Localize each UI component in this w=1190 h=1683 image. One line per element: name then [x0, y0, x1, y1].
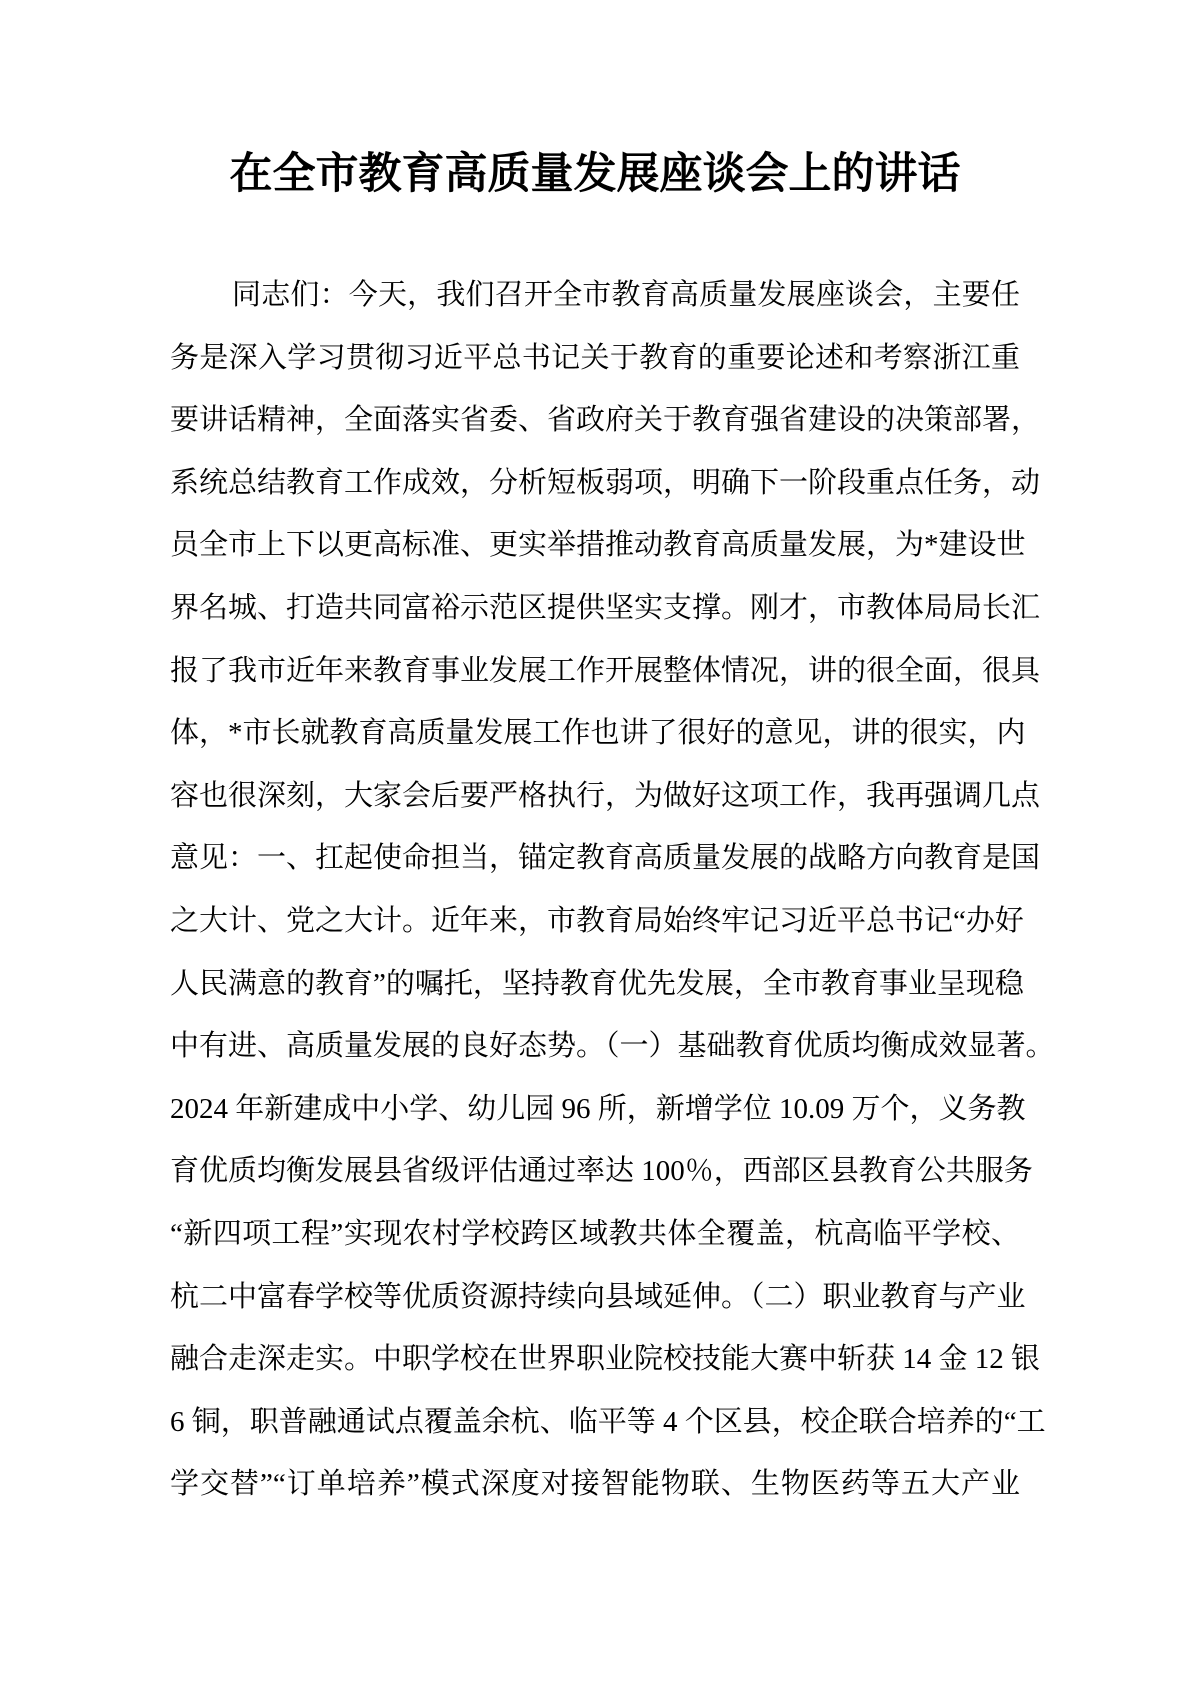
- body-line: 育优质均衡发展县省级评估通过率达 100％，西部区县教育公共服务: [170, 1140, 1020, 1203]
- body-line: 之大计、党之大计。近年来，市教育局始终牢记习近平总书记“办好: [170, 890, 1020, 953]
- document-page: 在全市教育高质量发展座谈会上的讲话 同志们：今天，我们召开全市教育高质量发展座谈…: [0, 0, 1190, 1683]
- body-line: 6 铜，职普融通试点覆盖余杭、临平等 4 个区县，校企联合培养的“工: [170, 1391, 1020, 1454]
- document-body: 同志们：今天，我们召开全市教育高质量发展座谈会，主要任务是深入学习贯彻习近平总书…: [170, 264, 1020, 1516]
- body-line: 系统总结教育工作成效，分析短板弱项，明确下一阶段重点任务，动: [170, 452, 1020, 515]
- body-line: 体，*市长就教育高质量发展工作也讲了很好的意见，讲的很实，内: [170, 702, 1020, 765]
- body-line: 中有进、高质量发展的良好态势。（一）基础教育优质均衡成效显著。: [170, 1015, 1020, 1078]
- body-line: 同志们：今天，我们召开全市教育高质量发展座谈会，主要任: [170, 264, 1020, 327]
- body-line: 杭二中富春学校等优质资源持续向县域延伸。（二）职业教育与产业: [170, 1266, 1020, 1329]
- body-line: 容也很深刻，大家会后要严格执行，为做好这项工作，我再强调几点: [170, 765, 1020, 828]
- body-line: 融合走深走实。中职学校在世界职业院校技能大赛中斩获 14 金 12 银: [170, 1328, 1020, 1391]
- body-line: 员全市上下以更高标准、更实举措推动教育高质量发展，为*建设世: [170, 514, 1020, 577]
- body-line: 人民满意的教育”的嘱托，坚持教育优先发展，全市教育事业呈现稳: [170, 953, 1020, 1016]
- body-line: 报了我市近年来教育事业发展工作开展整体情况，讲的很全面，很具: [170, 640, 1020, 703]
- document-title: 在全市教育高质量发展座谈会上的讲话: [0, 0, 1190, 202]
- body-line: 2024 年新建成中小学、幼儿园 96 所，新增学位 10.09 万个，义务教: [170, 1078, 1020, 1141]
- body-line: 学交替”“订单培养”模式深度对接智能物联、生物医药等五大产业: [170, 1453, 1020, 1516]
- body-line: 意见：一、扛起使命担当，锚定教育高质量发展的战略方向教育是国: [170, 827, 1020, 890]
- body-line: 务是深入学习贯彻习近平总书记关于教育的重要论述和考察浙江重: [170, 327, 1020, 390]
- body-line: 要讲话精神，全面落实省委、省政府关于教育强省建设的决策部署，: [170, 389, 1020, 452]
- body-line: 界名城、打造共同富裕示范区提供坚实支撑。刚才，市教体局局长汇: [170, 577, 1020, 640]
- body-line: “新四项工程”实现农村学校跨区域教共体全覆盖，杭高临平学校、: [170, 1203, 1020, 1266]
